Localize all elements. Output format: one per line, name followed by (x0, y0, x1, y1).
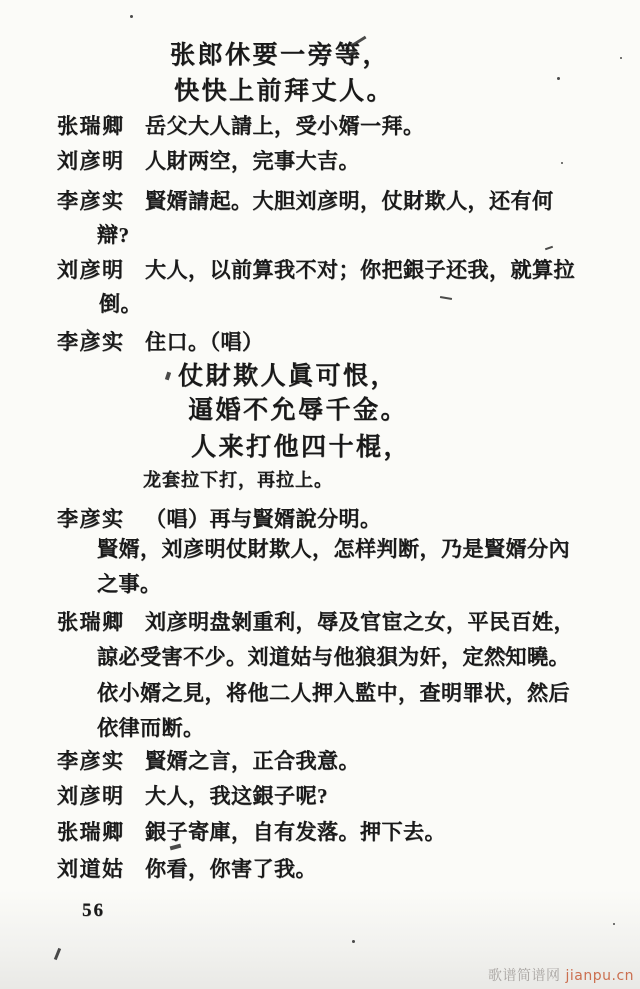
watermark-site-name: 歌谱简谱网 (488, 968, 561, 984)
dialogue-line: 刘彦明大人，我这銀子呢? (57, 784, 328, 808)
speaker-name: 刘彦明 (57, 784, 145, 808)
speech-text: 賢婿之言，正合我意。 (145, 749, 360, 773)
dialogue-continuation-line: 倒。 (99, 292, 142, 316)
scan-speck (54, 948, 61, 960)
speech-text: 大人，以前算我不对；你把銀子还我，就算拉 (145, 258, 575, 282)
sung-verse-line: 快快上前拜丈人。 (174, 78, 394, 107)
speech-text: 刘彦明盘剝重利，辱及官宦之女，平民百姓， (145, 610, 575, 634)
dialogue-line: 张瑞卿刘彦明盘剝重利，辱及官宦之女，平民百姓， (57, 610, 575, 634)
scan-speck (613, 923, 615, 925)
dialogue-line: 张瑞卿岳父大人請上，受小婿一拜。 (57, 114, 425, 138)
speech-text: 賢婿請起。大胆刘彦明，仗財欺人，还有何 (145, 189, 554, 213)
dialogue-continuation-line: 辯? (97, 223, 130, 247)
page-number: 56 (82, 900, 105, 922)
scan-speck (130, 15, 133, 18)
speaker-name: 李彦实 (57, 189, 145, 213)
scanned-script-page: 张郎休要一旁等， 快快上前拜丈人。 张瑞卿岳父大人請上，受小婿一拜。 刘彦明人財… (0, 0, 640, 989)
dialogue-continuation-line: 依律而断。 (97, 716, 205, 740)
speech-text: 岳父大人請上，受小婿一拜。 (145, 114, 425, 138)
scan-speck (545, 246, 553, 251)
speaker-name: 张瑞卿 (57, 610, 145, 634)
dialogue-line: 李彦实賢婿之言，正合我意。 (57, 749, 360, 773)
dialogue-line: 刘彦明大人，以前算我不对；你把銀子还我，就算拉 (57, 258, 575, 282)
sung-verse-line: 张郎休要一旁等， (170, 42, 390, 71)
speaker-name: 刘道姑 (57, 857, 145, 881)
dialogue-line: 李彦实（唱）再与賢婿說分明。 (57, 507, 382, 531)
scan-speck (557, 77, 560, 80)
speech-text: 人財两空，完事大吉。 (145, 149, 360, 173)
scan-speck (170, 844, 182, 851)
dialogue-continuation-line: 依小婿之見，将他二人押入監中，查明罪状，然后 (97, 681, 570, 705)
dialogue-line: 刘道姑你看，你害了我。 (57, 857, 317, 881)
sung-verse-line: 人来打他四十棍， (191, 434, 411, 463)
watermark-site-url: jianpu.cn (566, 968, 635, 984)
dialogue-continuation-line: 諒必受害不少。刘道姑与他狼狽为奸，定然知曉。 (97, 645, 570, 669)
stage-direction-line: 龙套拉下打，再拉上。 (143, 470, 333, 491)
speech-text: （唱）再与賢婿說分明。 (145, 507, 382, 531)
sung-verse-line: 逼婚不允辱千金。 (188, 397, 408, 426)
scan-speck (440, 296, 452, 300)
dialogue-line: 李彦实賢婿請起。大胆刘彦明，仗財欺人，还有何 (57, 189, 554, 213)
speaker-name: 刘彦明 (57, 258, 145, 282)
scan-speck (352, 940, 355, 943)
speaker-name: 李彦实 (57, 507, 145, 531)
speaker-name: 张瑞卿 (57, 820, 145, 844)
dialogue-continuation-line: 賢婿，刘彦明仗財欺人，怎样判断，乃是賢婿分內 (97, 537, 570, 561)
sung-verse-line: 仗財欺人眞可恨， (178, 363, 398, 392)
speaker-name: 张瑞卿 (57, 114, 145, 138)
speech-text: 大人，我这銀子呢? (145, 784, 328, 808)
scan-speck (165, 372, 171, 381)
speaker-name: 刘彦明 (57, 149, 145, 173)
dialogue-continuation-line: 之事。 (97, 572, 162, 596)
watermark: 歌谱简谱网jianpu.cn (488, 965, 634, 985)
scan-speck (561, 162, 563, 164)
speech-text: 你看，你害了我。 (145, 857, 317, 881)
dialogue-line: 李彦实住口。（唱） (57, 330, 264, 354)
speaker-name: 李彦实 (57, 330, 145, 354)
dialogue-line: 张瑞卿銀子寄庫，自有发落。押下去。 (57, 820, 446, 844)
speaker-name: 李彦实 (57, 749, 145, 773)
dialogue-line: 刘彦明人財两空，完事大吉。 (57, 149, 360, 173)
scan-speck (620, 57, 622, 59)
speech-text: 銀子寄庫，自有发落。押下去。 (145, 820, 446, 844)
speech-text: 住口。（唱） (145, 330, 264, 354)
